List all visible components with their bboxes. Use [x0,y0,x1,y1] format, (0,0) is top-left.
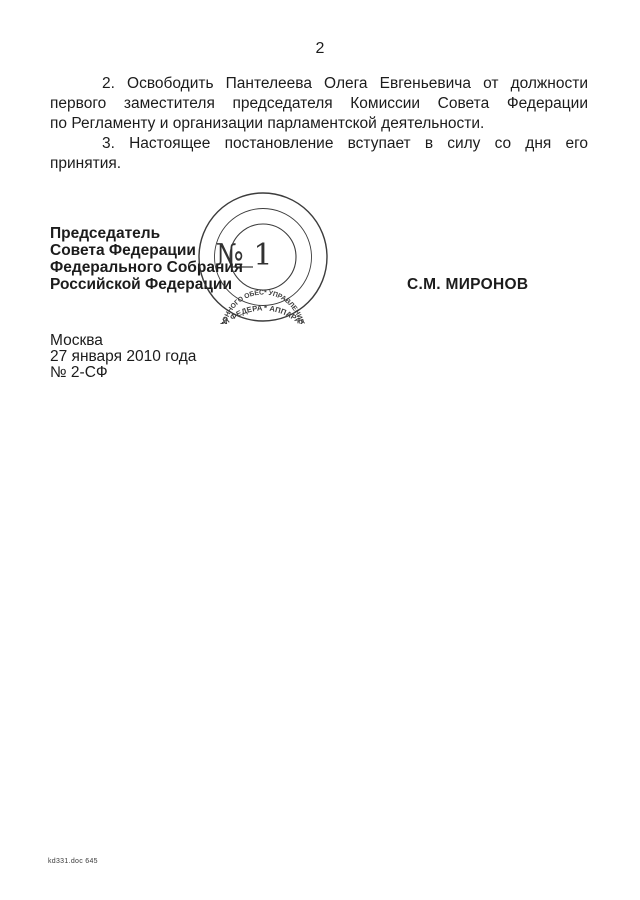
body-line: по Регламенту и организации парламентско… [50,114,588,134]
issue-date: 27 января 2010 года [50,349,196,365]
body-line: 3. Настоящее постановление вступает в си… [50,134,588,154]
file-reference: kd331.doc 645 [48,858,98,865]
stamp-center-number: № 1 [215,238,272,273]
signature-name: С.М. МИРОНОВ [407,276,528,294]
issue-city: Москва [50,333,196,349]
page-number: 2 [0,40,640,58]
paragraph-2: 2. Освободить Пантелеева Олега Евгеньеви… [50,74,588,134]
document-page: 2 2. Освободить Пантелеева Олега Евгенье… [0,0,640,900]
body-line: первого заместителя председателя Комисси… [50,94,588,114]
body-line: 2. Освободить Пантелеева Олега Евгеньеви… [50,74,588,94]
document-body: 2. Освободить Пантелеева Олега Евгеньеви… [50,74,588,174]
official-round-stamp: * АППАРАТ СОВЕТА ФЕДЕРАЦИИ ФЕДЕРАЛЬНОГО … [196,190,330,324]
issue-doc-number: № 2-СФ [50,365,196,381]
issue-info-block: Москва 27 января 2010 года № 2-СФ [50,333,196,381]
body-line: принятия. [50,154,588,174]
paragraph-3: 3. Настоящее постановление вступает в си… [50,134,588,174]
